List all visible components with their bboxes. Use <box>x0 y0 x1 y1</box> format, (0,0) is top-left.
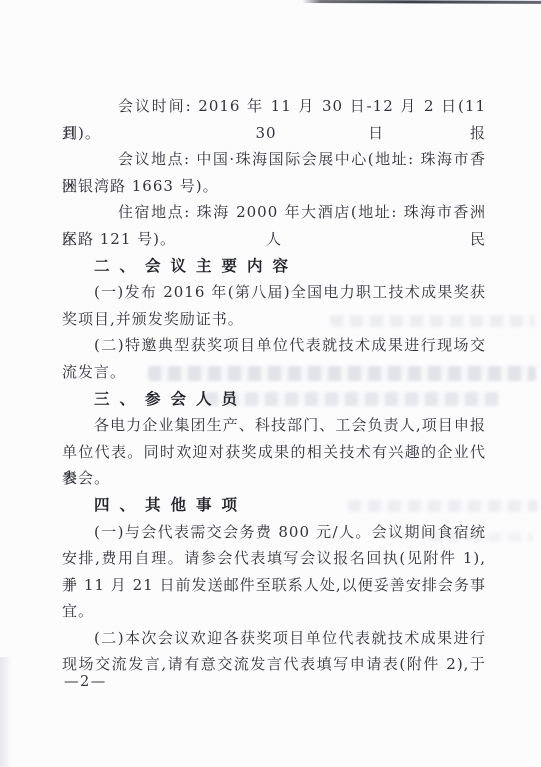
document-line: (二)本次会议欢迎各获奖项目单位代表就技术成果进行 <box>62 625 486 652</box>
document-line: (二)特邀典型获奖项目单位代表就技术成果进行现场交 <box>62 332 486 359</box>
scanner-shadow-left <box>0 657 12 767</box>
document-line: 现场交流发言,请有意交流发言代表填写申请表(附件 2),于 <box>62 651 486 678</box>
section-heading-2: 二、会议主要内容 <box>62 253 486 280</box>
document-line: 宜。 <box>62 598 486 625</box>
document-line: 单位代表。同时欢迎对获奖成果的相关技术有兴趣的企业代表 <box>62 439 486 466</box>
document-line: 安排,费用自理。请参会代表填写会议报名回执(见附件 1),并 <box>62 545 486 572</box>
document-line: 区银湾路 1663 号)。 <box>62 173 486 200</box>
document-line: 流发言。 <box>62 359 486 386</box>
scanned-document-page: 会议时间: 2016 年 11 月 30 日-12 月 2 日(11 月 30 … <box>0 0 541 767</box>
document-line: 住宿地点: 珠海 2000 年大酒店(地址: 珠海市香洲区人民 <box>62 199 486 226</box>
document-line: (一)发布 2016 年(第八届)全国电力职工技术成果奖获 <box>62 279 486 306</box>
scanner-edge-artifact <box>302 0 541 4</box>
document-body: 会议时间: 2016 年 11 月 30 日-12 月 2 日(11 月 30 … <box>62 93 486 678</box>
document-line: (一)与会代表需交会务费 800 元/人。会议期间食宿统一 <box>62 519 486 546</box>
document-line: 会议时间: 2016 年 11 月 30 日-12 月 2 日(11 月 30 … <box>62 93 486 120</box>
section-heading-3: 三、参会人员 <box>62 386 486 413</box>
document-line: 会议地点: 中国·珠海国际会展中心(地址: 珠海市香洲 <box>62 146 486 173</box>
page-number: —2— <box>64 674 107 690</box>
document-line: 参会。 <box>62 465 486 492</box>
document-line: 奖项目,并颁发奖励证书。 <box>62 306 486 333</box>
document-line: 于 11 月 21 日前发送邮件至联系人处,以便妥善安排会务事 <box>62 572 486 599</box>
section-heading-4: 四、其他事项 <box>62 492 486 519</box>
document-line: 各电力企业集团生产、科技部门、工会负责人,项目申报 <box>62 412 486 439</box>
